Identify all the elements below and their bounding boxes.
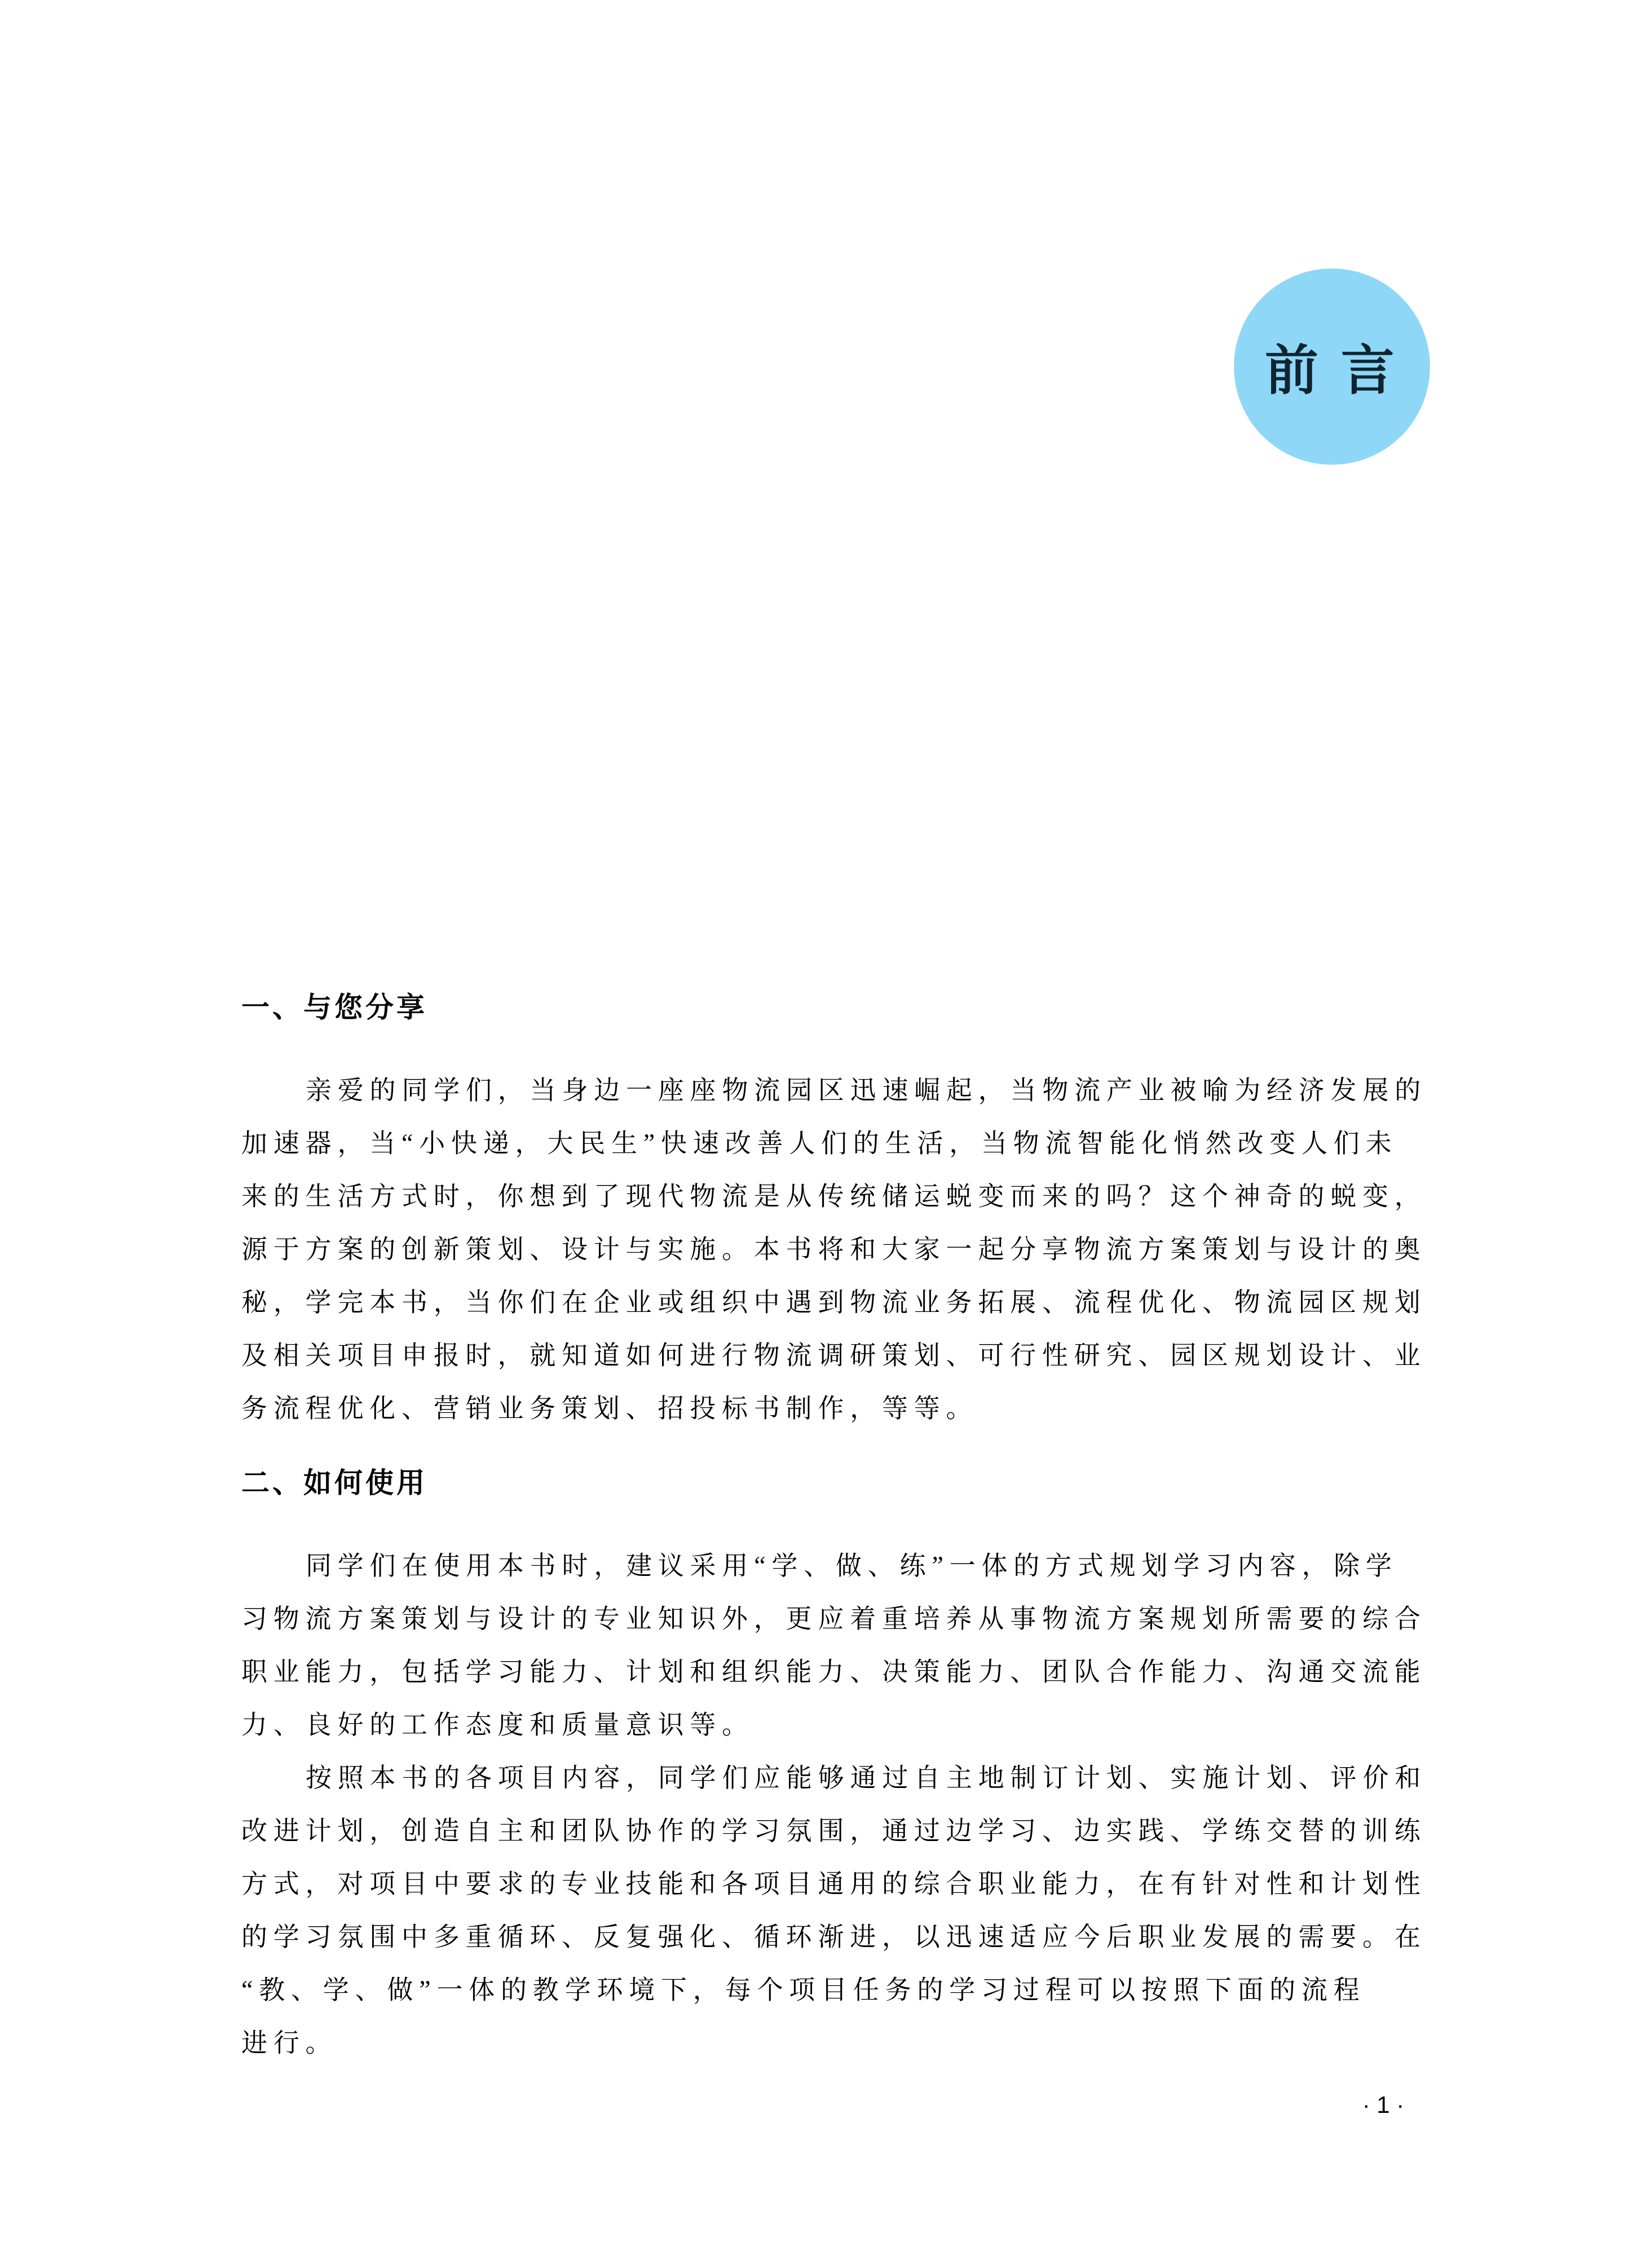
text-line: 源于方案的创新策划、设计与实施。本书将和大家一起分享物流方案策划与设计的奥	[241, 1223, 1431, 1276]
text-line: 务流程优化、营销业务策划、招投标书制作，等等。	[241, 1382, 1431, 1435]
page: 前 言 一、与您分享亲爱的同学们，当身边一座座物流园区迅速崛起，当物流产业被喻为…	[0, 0, 1628, 2268]
text-line: 秘，学完本书，当你们在企业或组织中遇到物流业务拓展、流程优化、物流园区规划	[241, 1276, 1431, 1329]
text-line: 改进计划，创造自主和团队协作的学习氛围，通过边学习、边实践、学练交替的训练	[241, 1804, 1431, 1857]
text-line: 力、良好的工作态度和质量意识等。	[241, 1698, 1431, 1751]
text-line: 进行。	[241, 2016, 1431, 2069]
text-line: 来的生活方式时，你想到了现代物流是从传统储运蜕变而来的吗？这个神奇的蜕变，	[241, 1170, 1431, 1223]
section-2-paragraph-2: 按照本书的各项目内容，同学们应能够通过自主地制订计划、实施计划、评价和改进计划，…	[241, 1751, 1431, 2069]
page-number: · 1 ·	[1327, 2090, 1440, 2120]
text-line: 习物流方案策划与设计的专业知识外，更应着重培养从事物流方案规划所需要的综合	[241, 1592, 1431, 1645]
section-2-paragraph-1: 同学们在使用本书时，建议采用“学、做、练”一体的方式规划学习内容，除学习物流方案…	[241, 1539, 1431, 1751]
section-1-paragraph-1: 亲爱的同学们，当身边一座座物流园区迅速崛起，当物流产业被喻为经济发展的加速器，当…	[241, 1064, 1431, 1435]
content-column: 一、与您分享亲爱的同学们，当身边一座座物流园区迅速崛起，当物流产业被喻为经济发展…	[241, 0, 1431, 2069]
text-line: 按照本书的各项目内容，同学们应能够通过自主地制订计划、实施计划、评价和	[241, 1751, 1431, 1804]
text-line: 亲爱的同学们，当身边一座座物流园区迅速崛起，当物流产业被喻为经济发展的	[241, 1064, 1431, 1117]
section-heading-2: 二、如何使用	[241, 1466, 1431, 1500]
text-line: 及相关项目申报时，就知道如何进行物流调研策划、可行性研究、园区规划设计、业	[241, 1329, 1431, 1382]
text-line: 职业能力，包括学习能力、计划和组织能力、决策能力、团队合作能力、沟通交流能	[241, 1645, 1431, 1698]
text-line: 加速器，当“小快递，大民生”快速改善人们的生活，当物流智能化悄然改变人们未	[241, 1117, 1431, 1170]
text-line: 方式，对项目中要求的专业技能和各项目通用的综合职业能力，在有针对性和计划性	[241, 1857, 1431, 1910]
section-heading-1: 一、与您分享	[241, 990, 1431, 1024]
text-line: “教、学、做”一体的教学环境下，每个项目任务的学习过程可以按照下面的流程	[241, 1963, 1431, 2016]
text-line: 的学习氛围中多重循环、反复强化、循环渐进，以迅速适应今后职业发展的需要。在	[241, 1910, 1431, 1963]
text-line: 同学们在使用本书时，建议采用“学、做、练”一体的方式规划学习内容，除学	[241, 1539, 1431, 1592]
